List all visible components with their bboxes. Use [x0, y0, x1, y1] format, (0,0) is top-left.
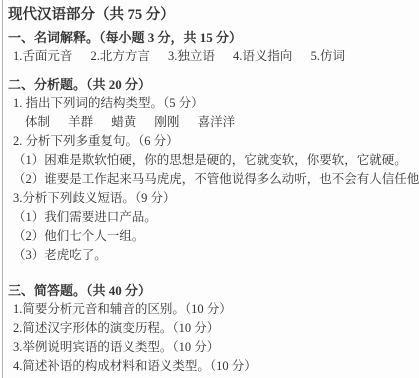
question-subitem: （2）他们七个人一组。 — [8, 227, 416, 246]
page-title: 现代汉语部分（共 75 分） — [8, 5, 416, 26]
question-label: 4.简述补语的构成材料和语义类型。（10 分） — [8, 357, 416, 376]
section-2-heading: 二、分析题。（共 20 分） — [8, 75, 416, 94]
question-label: 2.简述汉字形体的演变历程。（10 分） — [8, 319, 416, 338]
scan-left-border — [2, 0, 3, 378]
question-subitem: （1）我们需要进口产品。 — [8, 208, 416, 227]
question-label: 2. 分析下列多重复句。（6 分） — [8, 132, 416, 151]
question-subitem: （1）困难是欺软怕硬，你的思想是硬的，它就变软，你要软，它就硬。 — [8, 151, 416, 170]
word-list: 体制 羊群 蜡黄 刚刚 喜洋洋 — [8, 113, 416, 132]
term-item: 1.舌面元音 — [13, 49, 72, 63]
question-label: 1.简要分析元音和辅音的区别。（10 分） — [8, 300, 416, 319]
word-item: 体制 — [25, 115, 50, 129]
word-item: 喜洋洋 — [198, 115, 236, 129]
word-item: 羊群 — [68, 115, 93, 129]
question-subitem: （2）谁要是工作起来马马虎虎，不管他说得多么动听，也不会有人信任他。 — [8, 170, 416, 189]
section-short-answer: 三、简答题。（共 40 分） 1.简要分析元音和辅音的区别。（10 分） 2.简… — [8, 281, 416, 376]
question-label: 3.举例说明宾语的语义类型。（10 分） — [8, 338, 416, 357]
section-analysis: 二、分析题。（共 20 分） 1. 指出下列词的结构类型。（5 分） 体制 羊群… — [8, 75, 416, 265]
word-item: 蜡黄 — [111, 115, 136, 129]
term-list: 1.舌面元音 2.北方方言 3.独立语 4.语义指向 5.仿词 — [8, 47, 416, 66]
section-term-explanation: 一、名词解释。（每小题 3 分，共 15 分） 1.舌面元音 2.北方方言 3.… — [8, 28, 416, 66]
question-label: 1. 指出下列词的结构类型。（5 分） — [8, 94, 416, 113]
term-item: 2.北方方言 — [91, 49, 150, 63]
term-item: 3.独立语 — [168, 49, 215, 63]
word-item: 刚刚 — [154, 115, 179, 129]
exam-page: 现代汉语部分（共 75 分） 一、名词解释。（每小题 3 分，共 15 分） 1… — [0, 0, 419, 378]
section-3-heading: 三、简答题。（共 40 分） — [8, 281, 416, 300]
section-1-heading: 一、名词解释。（每小题 3 分，共 15 分） — [8, 28, 416, 47]
term-item: 5.仿词 — [311, 49, 345, 63]
question-label: 3.分析下列歧义短语。（9 分） — [8, 189, 416, 208]
question-subitem: （3）老虎吃了。 — [8, 246, 416, 265]
term-item: 4.语义指向 — [233, 49, 292, 63]
